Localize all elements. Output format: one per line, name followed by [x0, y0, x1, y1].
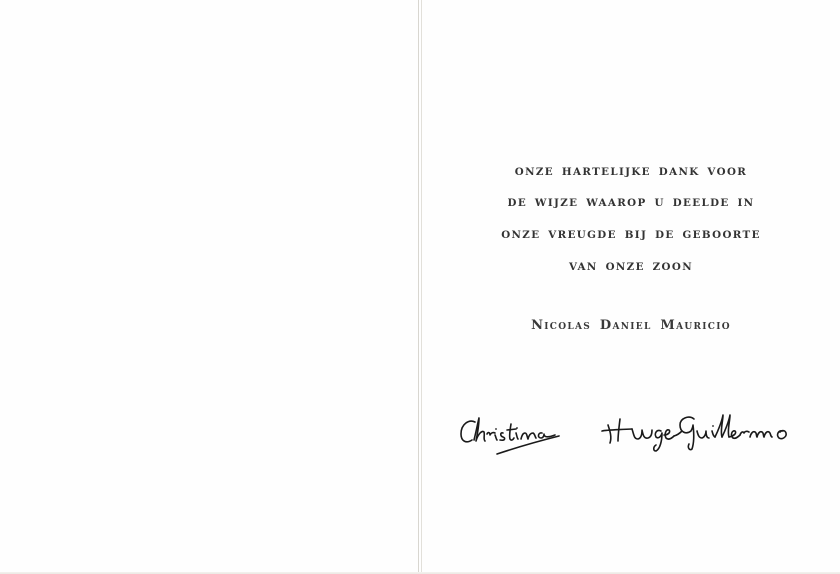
- handwritten-signature-icon: [598, 405, 838, 463]
- left-page: [0, 0, 418, 574]
- handwritten-signature-icon: [455, 408, 565, 460]
- fold-line: [418, 0, 419, 574]
- signature-christina: Christina: [455, 408, 565, 460]
- thank-you-card: ONZE HARTELIJKE DANK VOOR DE WIJZE WAARO…: [0, 0, 840, 574]
- child-name: Nicolas Daniel Mauricio: [471, 318, 791, 333]
- message-line-3: ONZE VREUGDE BIJ DE GEBOORTE: [474, 229, 788, 241]
- message-line-1: ONZE HARTELIJKE DANK VOOR: [474, 166, 788, 178]
- right-page: [422, 0, 840, 574]
- signature-jorge-guillermo: Jorge Guillermo: [598, 405, 838, 463]
- message-line-2: DE WIJZE WAAROP U DEELDE IN: [474, 197, 788, 209]
- message-line-4: VAN ONZE ZOON: [474, 261, 788, 273]
